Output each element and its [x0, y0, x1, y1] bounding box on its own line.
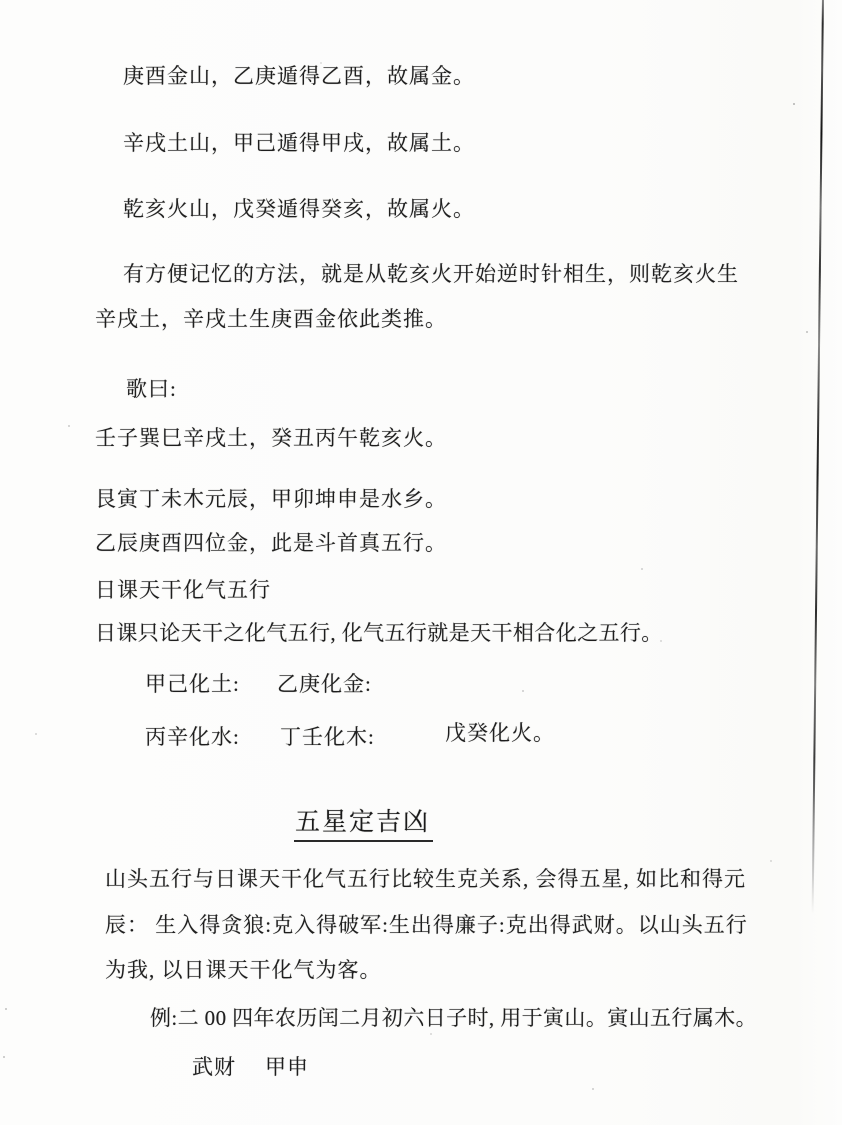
scan-edge-line — [812, 0, 824, 914]
rike-intro-line: 日课只论天干之化气五行, 化气五行就是天干相合化之五行。 — [95, 623, 663, 644]
mountain-rule-line-3: 乾亥火山，戊癸遁得癸亥，故属火。 — [123, 199, 475, 220]
mountain-rule-line-2: 辛戌土山，甲己遁得甲戌，故属土。 — [123, 133, 475, 154]
huaqi-item-yigeng: 乙庚化金: — [277, 674, 372, 695]
song-label: 歌曰: — [126, 379, 177, 400]
song-line-1: 壬子巽巳辛戌土，癸丑丙午乾亥火。 — [95, 428, 447, 449]
example-line: 例:二 00 四年农历闰二月初六日子时, 用于寅山。寅山五行属木。 — [150, 1008, 757, 1029]
wuxing-paragraph-line-3: 为我, 以日课天干化气为客。 — [105, 960, 382, 981]
wuxing-paragraph-line-2: 辰： 生入得贪狼:克入得破军:生出得廉子:克出得武财。以山头五行 — [105, 915, 748, 936]
huaqi-item-dingren: 丁壬化木: — [280, 727, 375, 748]
example-result-ganzhi: 甲申 — [265, 1057, 309, 1078]
wuxing-paragraph-line-1: 山头五行与日课天干化气五行比较生克关系, 会得五星, 如比和得元 — [105, 869, 746, 890]
example-result-star: 武财 — [192, 1057, 236, 1078]
scan-noise-specks — [0, 0, 2, 2]
section-title: 五星定吉凶 — [294, 810, 433, 842]
huaqi-item-bingxin: 丙辛化水: — [145, 727, 240, 748]
song-line-2: 艮寅丁未木元辰，甲卯坤申是水乡。 — [95, 489, 447, 510]
memory-method-line-1: 有方便记忆的方法，就是从乾亥火开始逆时针相生，则乾亥火生 — [123, 264, 739, 285]
song-line-3: 乙辰庚酉四位金，此是斗首真五行。 — [95, 533, 447, 554]
huaqi-item-jiaji: 甲己化土: — [145, 674, 240, 695]
scanned-page: 庚酉金山，乙庚遁得乙酉，故属金。 辛戌土山，甲己遁得甲戌，故属土。 乾亥火山，戊… — [0, 0, 842, 1125]
rike-heading: 日课天干化气五行 — [95, 580, 271, 601]
mountain-rule-line-1: 庚酉金山，乙庚遁得乙酉，故属金。 — [123, 66, 475, 87]
huaqi-item-wugui: 戊癸化火。 — [445, 723, 555, 744]
memory-method-line-2: 辛戌土，辛戌土生庚酉金依此类推。 — [95, 309, 447, 330]
